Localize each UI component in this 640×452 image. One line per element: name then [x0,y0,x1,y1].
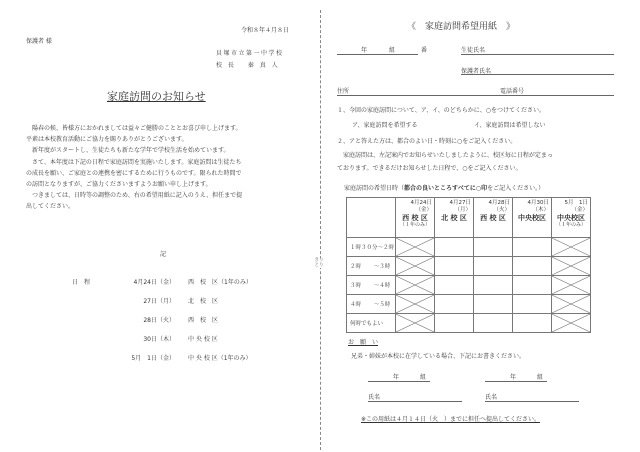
column-header: 4月30日（木）中央校区 [513,198,552,238]
year-class-number-field[interactable] [337,54,418,55]
sibling-year-label: 年 [393,372,399,381]
slot-cell[interactable] [513,257,552,276]
school-name: 貝塚市立第一中学校 [216,48,284,57]
address-phone-field[interactable] [337,95,614,96]
schedule-date: 27日（月） [110,296,175,305]
cross-out-icon [552,276,590,294]
slot-cell[interactable] [474,276,513,295]
table-row: ３時 ～４時 [347,276,591,295]
cross-out-icon [552,295,590,313]
sibling-1-year-class-field[interactable] [368,381,430,382]
table-header-row: 4月24日（金）西 校 区（１年のみ） 4月27日（月）北 校 区 4月28日（… [347,198,591,238]
sibling-2-year-class-field[interactable] [485,381,547,382]
field-number-label: 番 [421,45,427,54]
col-campus: 西 校 区 [476,215,510,222]
slot-cell[interactable] [513,295,552,314]
notice-body: 陽春の候、皆様方におかれましては益々ご健勝のこととお喜び申し上げます。 平素は本… [26,123,242,213]
addressee: 保護者 様 [26,36,52,45]
cross-out-icon [552,314,590,332]
table-row: １時３０分～２時 [347,238,591,257]
phone-label: 電話番号 [500,86,524,95]
disabled-cell [552,257,591,276]
col-date: 4月24日 [411,200,433,206]
col-campus: 中央校区 [554,215,588,222]
slot-cell[interactable] [474,257,513,276]
question-2-note: ております。できるだけお知らせした日程で、○をご記入ください。 [337,163,521,172]
disabled-cell [396,257,435,276]
caption-bold: 都合の良いところすべてに○印 [404,185,487,192]
disabled-cell [552,295,591,314]
notice-title: 家庭訪問のお知らせ [107,88,206,104]
column-header: 5月 1日（金）中央校区（１年のみ） [552,198,591,238]
col-campus: 北 校 区 [437,215,471,222]
disabled-cell [396,238,435,257]
disabled-cell [552,276,591,295]
schedule-district: 北 校 区 [188,296,218,305]
disabled-cell [552,314,591,333]
slot-cell[interactable] [435,276,474,295]
slot-cell[interactable] [435,257,474,276]
disabled-cell [396,295,435,314]
sibling-name-label: 氏名 [368,392,380,401]
column-header: 4月27日（月）北 校 区 [435,198,474,238]
schedule-district: 西 校 区（1年のみ） [188,277,252,286]
time-slot-label: ４時 ～５時 [347,295,396,314]
address-label: 住所 [337,86,349,95]
col-campus: 西 校 区 [398,215,432,222]
fold-line [320,10,321,450]
column-header: 4月28日（火）西 校 区 [474,198,513,238]
ki-label: 記 [160,249,166,258]
body-line: さて、本年度は下記の日程で家庭訪問を実施いたします。家庭訪問は生徒たち [26,157,242,168]
col-dow: （火） [493,207,510,213]
request-text: 兄弟・姉妹が本校に在学している場合、下記にお書きください。 [351,351,525,360]
cross-out-icon [396,238,434,256]
table-row: ４時 ～５時 [347,295,591,314]
cross-out-icon [396,276,434,294]
slot-cell[interactable] [513,238,552,257]
time-slot-label: 何時でもよい [347,314,396,333]
col-dow: （月） [454,207,471,213]
body-line: の訪問となりますが、ご協力くださいますようお願い申し上げます。 [26,179,242,190]
sibling-1-name-field[interactable] [368,401,462,402]
time-slot-label: ２時 ～３時 [347,257,396,276]
disabled-cell [552,238,591,257]
time-slot-label: １時３０分～２時 [347,238,396,257]
body-line: 出してください。 [26,201,242,212]
col-dow: （木） [532,207,549,213]
body-line: の成長を願い、ご家庭との連携を密にするために行うものです。限られた時間で [26,168,242,179]
cross-out-icon [396,257,434,275]
col-date: 4月27日 [450,200,472,206]
question-1: １、今回の家庭訪問について、ア、イ、のどちらかに、○をつけてください。 [337,105,545,114]
cross-out-icon [552,257,590,275]
col-note: （１年のみ） [398,222,432,229]
schedule-label: 日 程 [72,277,90,286]
caption-prefix: 家庭訪問の希望日時（ [344,185,404,192]
time-slot-label: ３時 ～４時 [347,276,396,295]
schedule-date: 5月 1日（金） [110,353,175,362]
request-heading: お 願 い [348,337,378,346]
caption-suffix: をご記入ください。） [487,185,544,192]
student-name-field[interactable] [461,54,614,55]
col-dow: （金） [571,207,588,213]
slot-cell[interactable] [513,314,552,333]
sibling-2-name-field[interactable] [485,401,579,402]
field-class-label: 組 [389,45,395,54]
sibling-name-label: 氏名 [485,392,497,401]
column-header: 4月24日（金）西 校 区（１年のみ） [396,198,435,238]
cross-out-icon [552,238,590,256]
body-line: 新年度がスタートし、生徒たちも新たな学年で学校生活を始めています。 [26,145,242,156]
schedule-district: 西 校 区 [188,315,218,324]
notice-date: 令和８年４月８日 [241,25,289,34]
schedule-date: 28日（火） [110,315,175,324]
col-dow: （金） [415,207,432,213]
schedule-district: 中 央 校 区 [188,334,218,343]
sibling-class-label: 組 [537,372,543,381]
question-2-note: 家庭訪問は、左記案内でお知らせいたしましたように、校区毎に日程が定まっ [337,150,553,159]
slot-cell[interactable] [474,314,513,333]
schedule-table: 4月24日（金）西 校 区（１年のみ） 4月27日（月）北 校 区 4月28日（… [346,197,591,333]
col-date: 4月28日 [489,200,511,206]
schedule-district: 中 央 校 区（1年のみ） [188,353,252,362]
principal-name: 校 長 秦 真 人 [216,60,280,69]
disabled-cell [396,276,435,295]
schedule-date: 30日（木） [110,334,175,343]
schedule-date: 4月24日（金） [110,277,175,286]
col-campus: 中央校区 [515,215,549,222]
table-row: ２時 ～３時 [347,257,591,276]
guardian-name-field[interactable] [461,74,614,75]
slot-cell[interactable] [435,314,474,333]
form-title: 《 家庭訪問希望用紙 》 [407,19,515,32]
cross-out-icon [396,295,434,313]
body-line: 平素は本校教育活動にご協力を賜りありがとうございます。 [26,134,242,145]
cross-out-icon [396,314,434,332]
col-date: 5月 1日 [565,200,589,206]
disabled-cell [396,314,435,333]
fold-label: きりとり [314,258,324,268]
sibling-class-label: 組 [420,372,426,381]
slot-cell[interactable] [513,276,552,295]
option-a[interactable]: ア、家庭訪問を希望する [352,120,418,129]
deadline-note: ※この用紙は４月１４日（火 ）までに担任へ提出してください。 [361,414,540,423]
slot-cell[interactable] [474,295,513,314]
header-empty [347,198,396,238]
col-note: （１年のみ） [554,222,588,229]
slot-cell[interactable] [474,238,513,257]
body-line: 陽春の候、皆様方におかれましては益々ご健勝のこととお喜び申し上げます。 [26,123,242,134]
slot-cell[interactable] [435,238,474,257]
table-caption: 家庭訪問の希望日時（都合の良いところすべてに○印をご記入ください。） [344,183,544,192]
sibling-year-label: 年 [510,372,516,381]
slot-cell[interactable] [435,295,474,314]
field-year-label: 年 [361,45,367,54]
question-2: ２、アと答えた方は、都合のよい日・時刻に○をご記入ください。 [337,136,516,145]
col-date: 4月30日 [528,200,550,206]
student-name-label: 生徒氏名 [461,45,485,54]
option-b[interactable]: イ、家庭訪問は希望しない [474,120,545,129]
table-row: 何時でもよい [347,314,591,333]
body-line: つきましては、日時等の調整のため、右の希望用紙に記入のうえ、担任まで提 [26,190,242,201]
